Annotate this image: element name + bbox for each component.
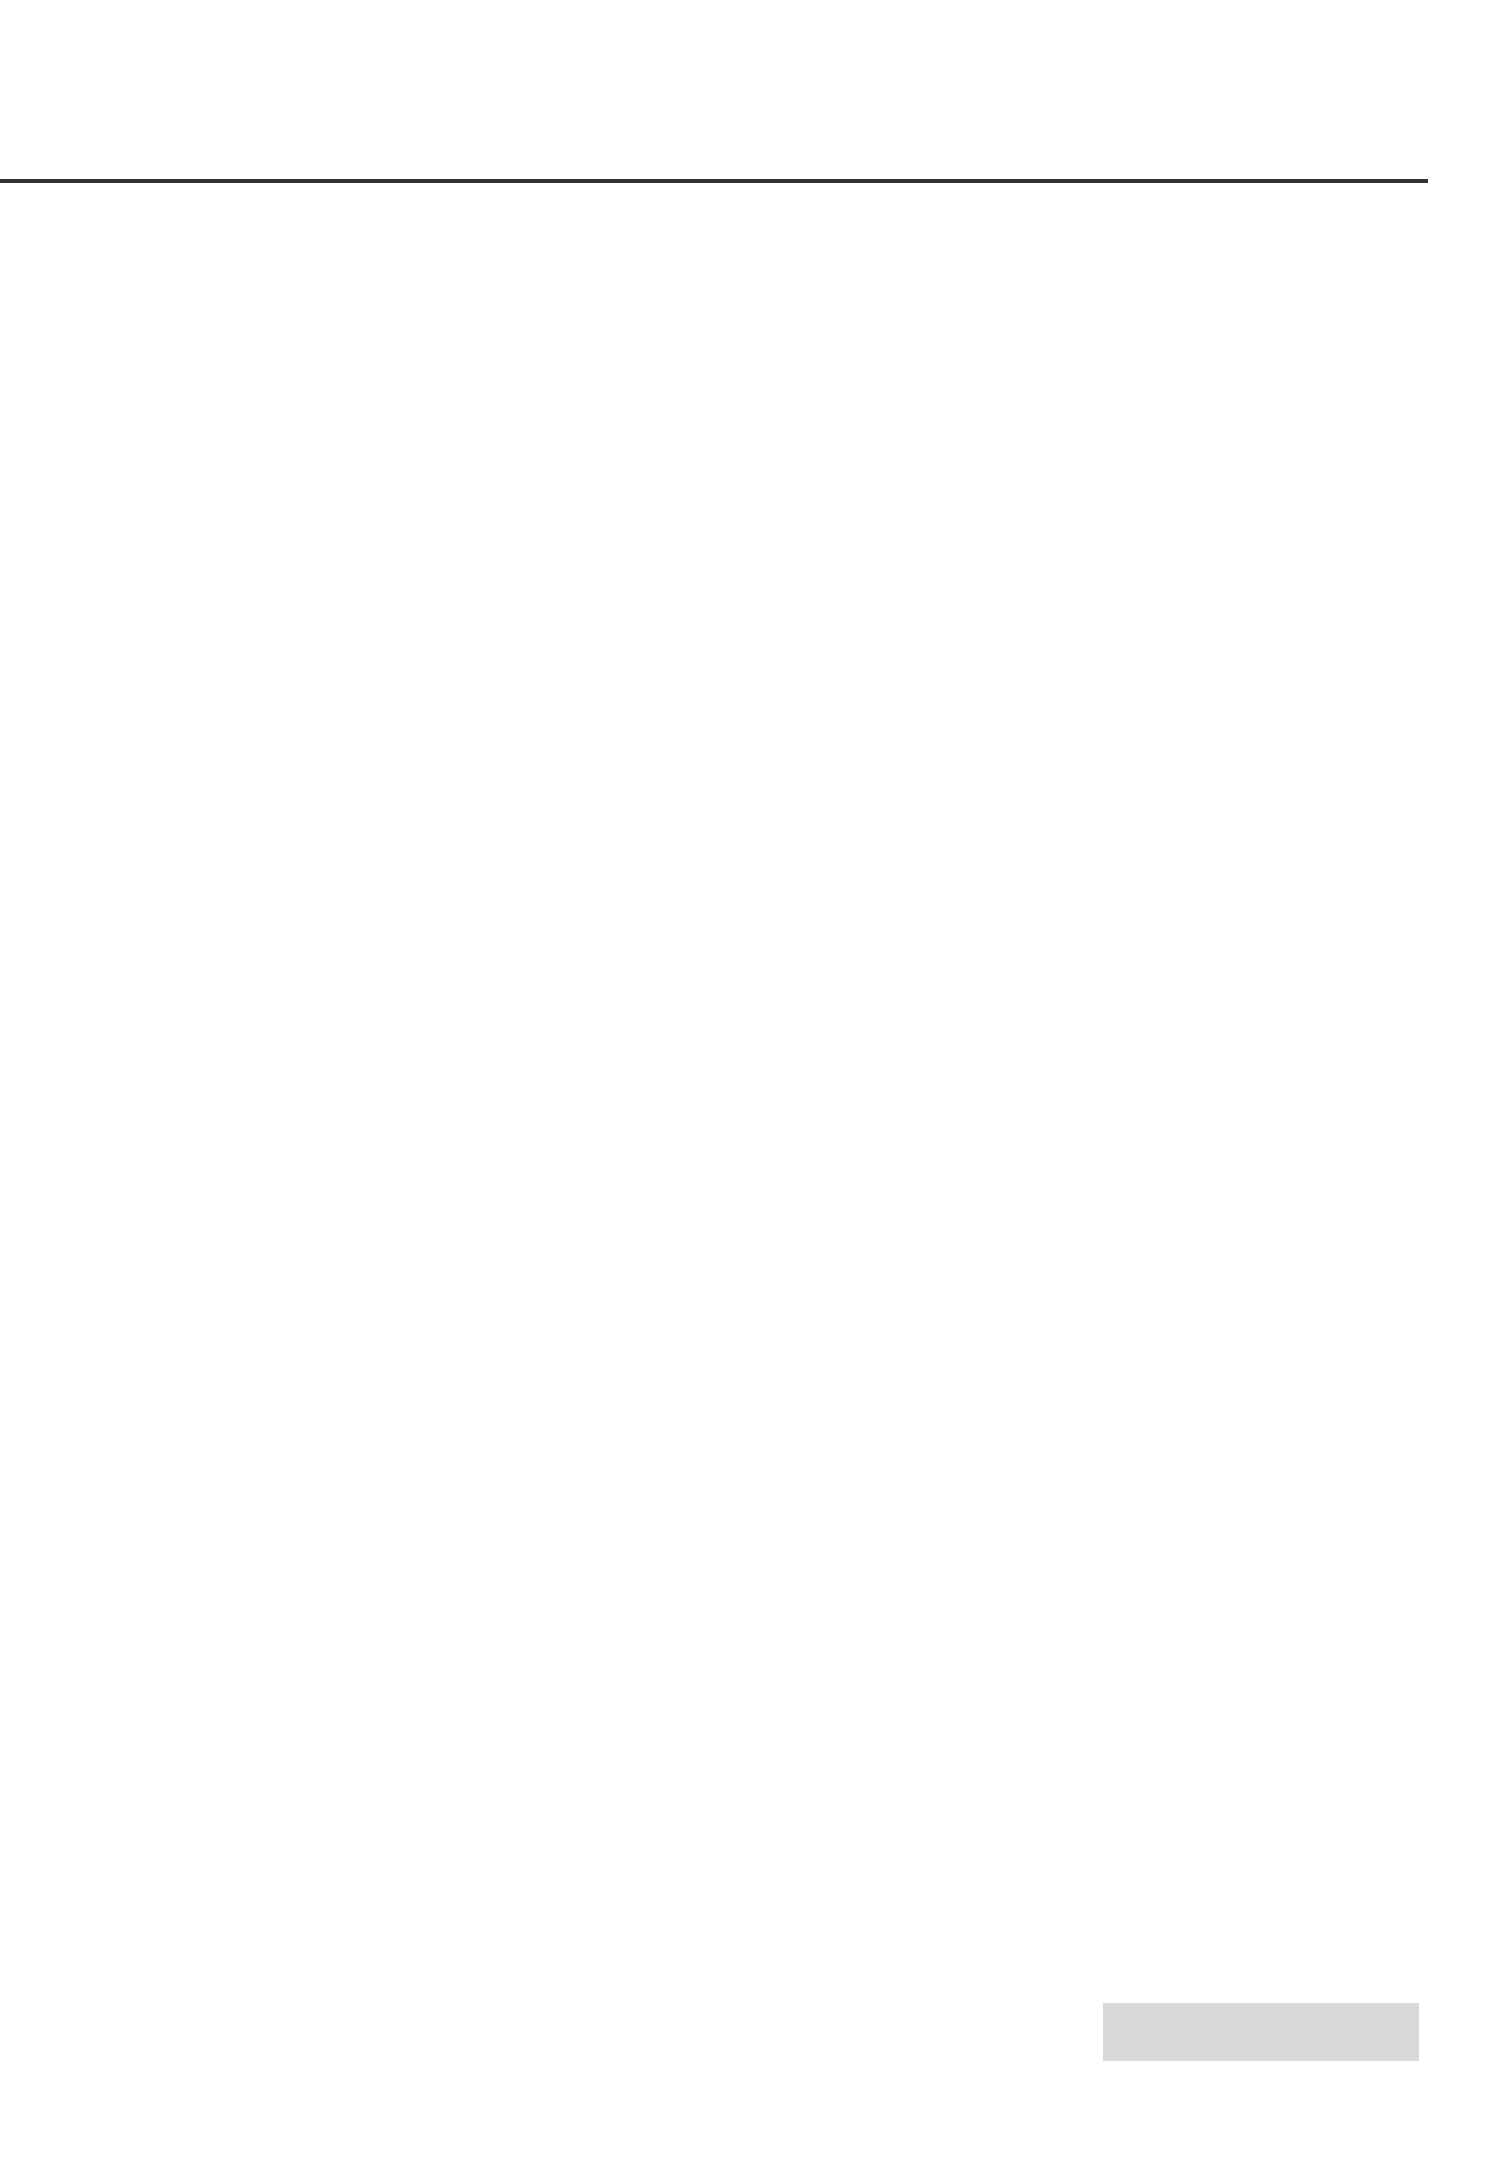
column-4 bbox=[1097, 0, 1421, 2169]
column-2 bbox=[392, 0, 716, 2169]
column-3 bbox=[745, 0, 1069, 2169]
host-credit-box bbox=[1103, 2003, 1419, 2061]
column-1 bbox=[40, 0, 364, 2169]
